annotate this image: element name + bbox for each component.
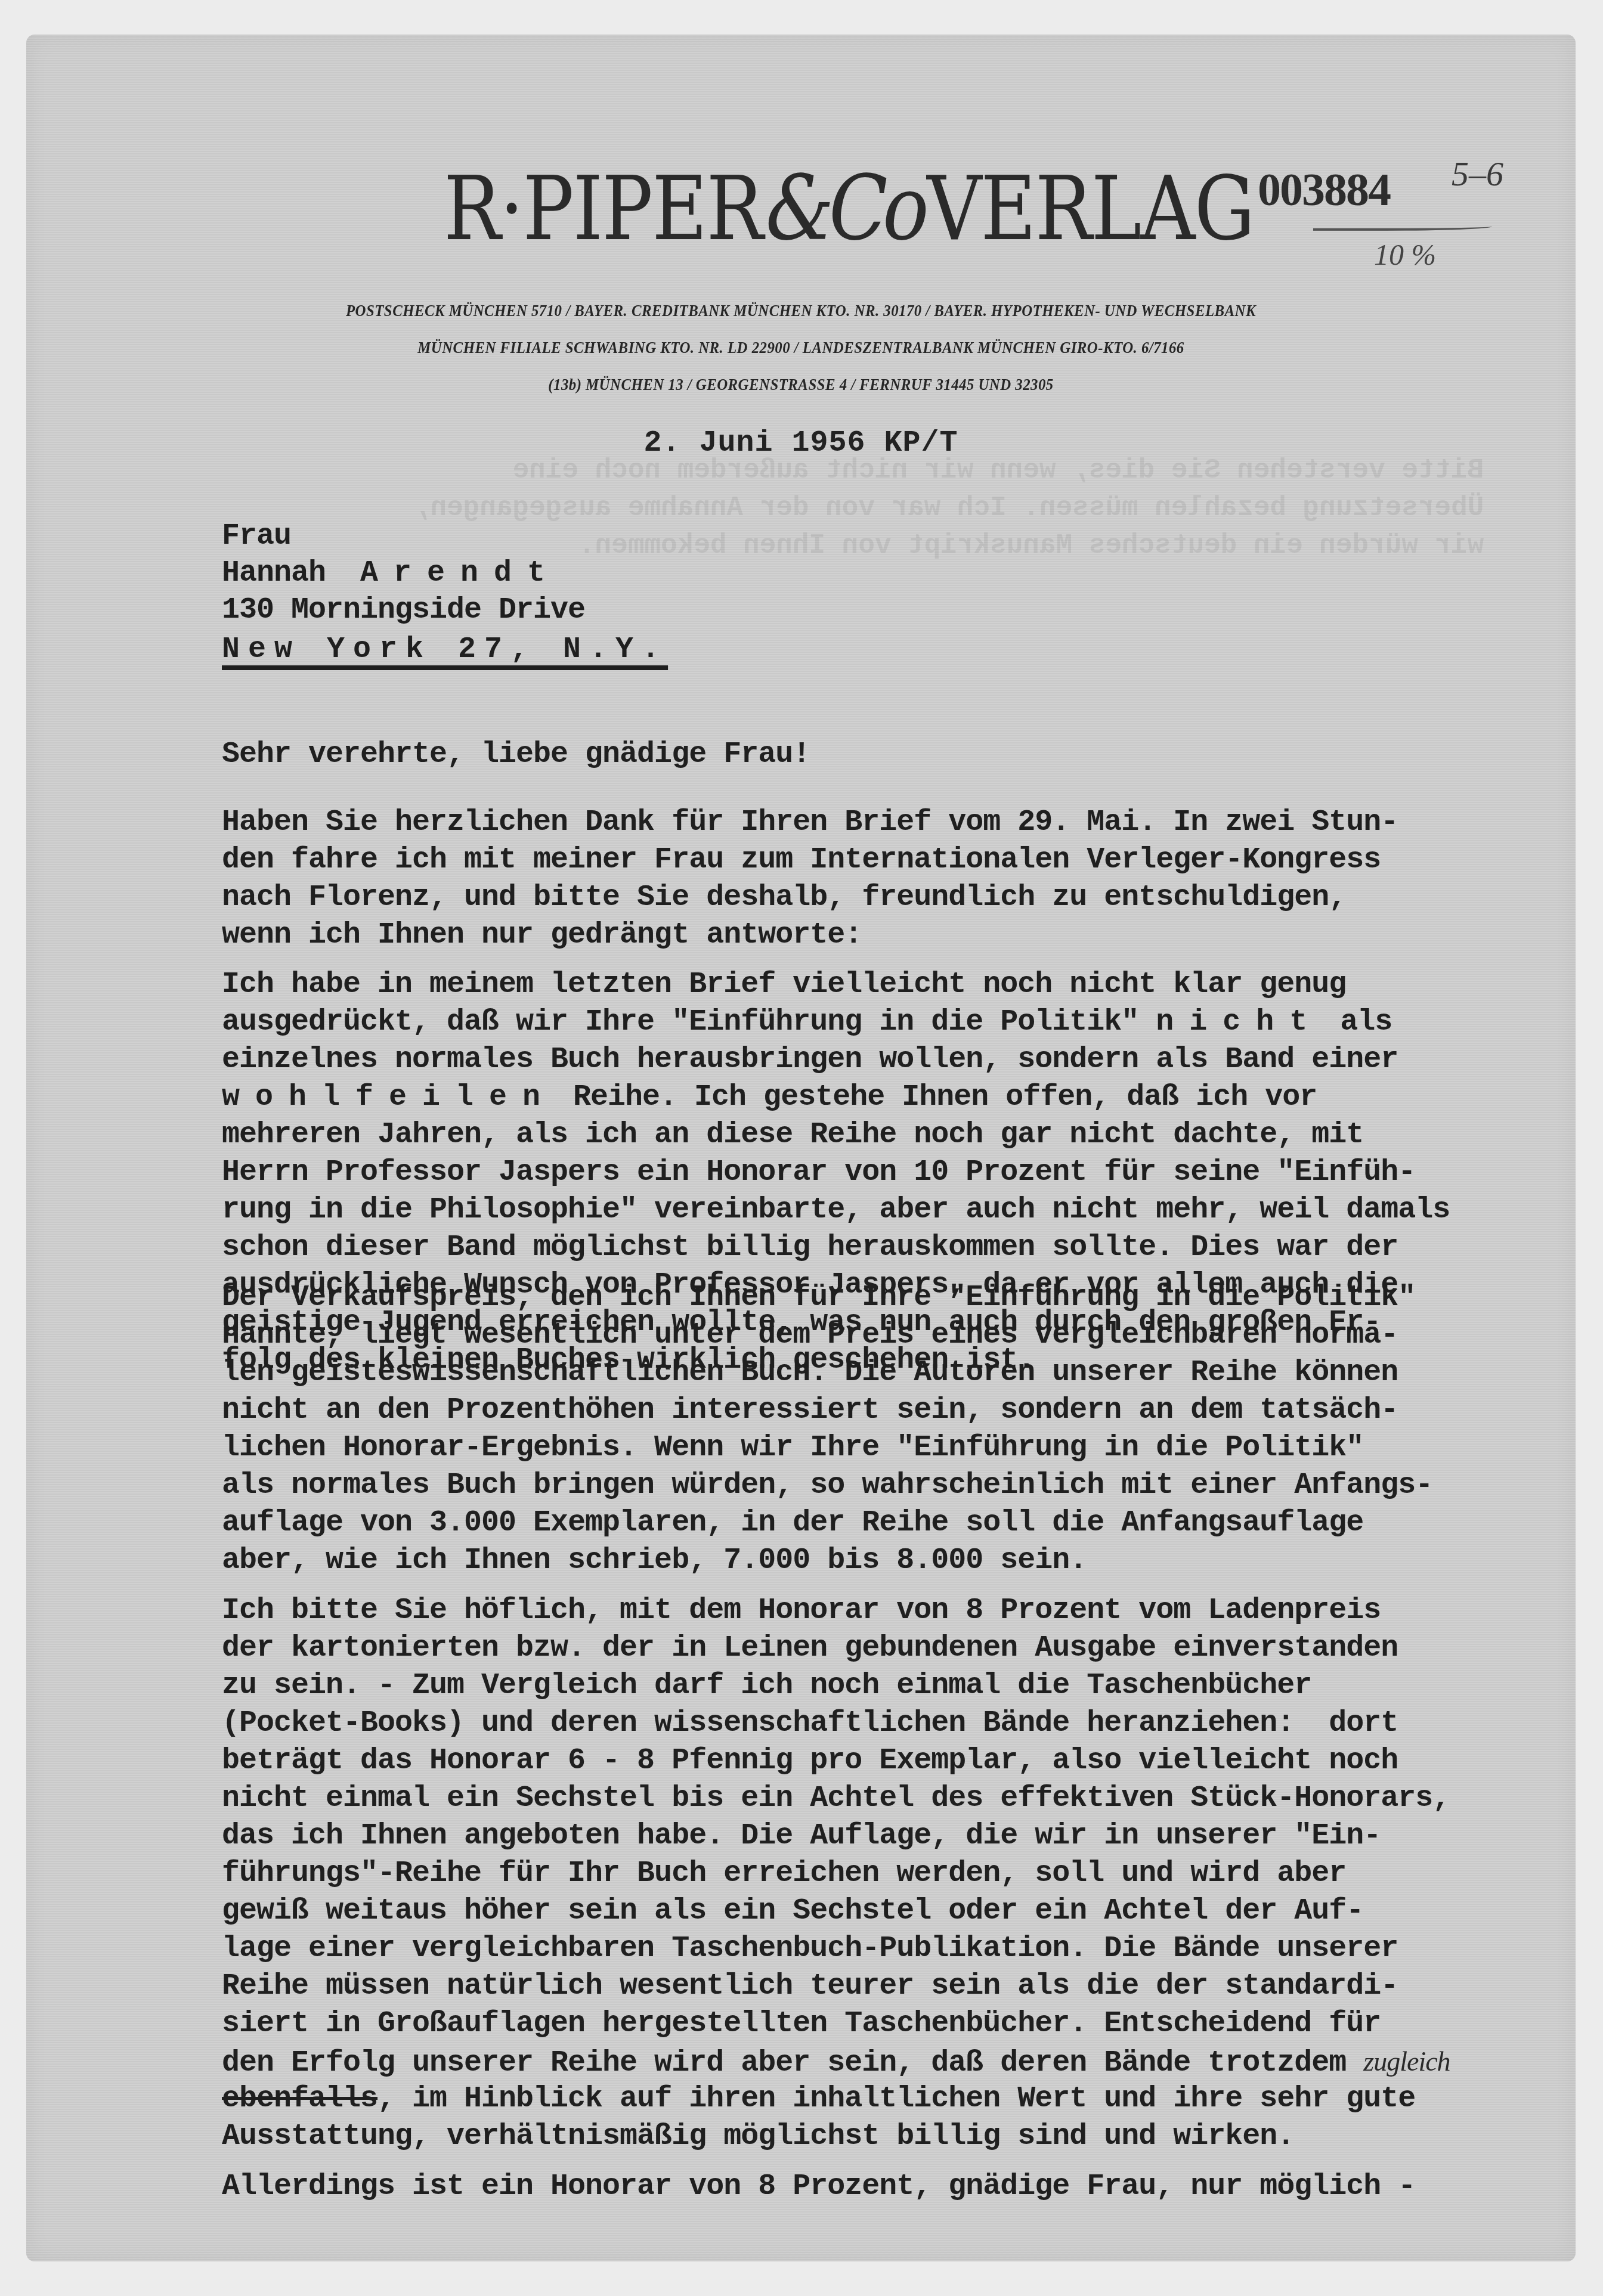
text-line: lichen Honorar-Ergebnis. Wenn wir Ihre "…	[222, 1429, 1363, 1467]
text-line: Der Verkaufspreis, den ich Ihnen für Ihr…	[222, 1279, 1415, 1316]
text-line: siert in Großauflagen hergestellten Tasc…	[222, 2005, 1381, 2043]
text-line: auflage von 3.000 Exemplaren, in der Rei…	[222, 1504, 1363, 1542]
text-line: führungs"-Reihe für Ihr Buch erreichen w…	[222, 1855, 1346, 1892]
recipient-last-name: Arendt	[360, 556, 561, 590]
spaced-emphasis-nicht: nicht	[1156, 1005, 1323, 1039]
text-line: das ich Ihnen angeboten habe. Die Auflag…	[222, 1817, 1381, 1855]
recipient-city: New York 27, N.Y.	[222, 631, 668, 668]
text-line: den fahre ich mit meiner Frau zum Intern…	[222, 841, 1381, 879]
text-line: nicht an den Prozenthöhen interessiert s…	[222, 1392, 1398, 1429]
text-line: Herrn Professor Jaspers ein Honorar von …	[222, 1154, 1415, 1191]
logo-ampersand: &Co	[766, 157, 924, 261]
text-line: als normales Buch bringen würden, so wah…	[222, 1467, 1432, 1504]
text-line: einzelnes normales Buch herausbringen wo…	[222, 1041, 1398, 1079]
text-line: Ausstattung, verhältnismäßig möglichst b…	[222, 2118, 1294, 2155]
spaced-emphasis-wohlfeilen: wohlfeilen	[222, 1080, 556, 1114]
greeting: Sehr verehrte, liebe gnädige Frau!	[222, 736, 810, 773]
address-phone-line: (13b) MÜNCHEN 13 / GEORGENSTRASSE 4 / FE…	[88, 376, 1514, 394]
text-line: zu sein. - Zum Vergleich darf ich noch e…	[222, 1667, 1311, 1705]
text-line: Allerdings ist ein Honorar von 8 Prozent…	[222, 2168, 1415, 2205]
handwritten-insert: zugleich	[1363, 2046, 1450, 2077]
recipient-name: Hannah Arendt	[222, 554, 561, 592]
logo-left: R·PIPER	[444, 157, 763, 260]
text-line: Haben Sie herzlichen Dank für Ihren Brie…	[222, 804, 1398, 841]
recipient-street: 130 Morningside Drive	[222, 591, 585, 629]
letter-date-reference: 2. Juni 1956 KP/T	[26, 426, 1576, 460]
recipient-first-name: Hannah	[222, 556, 326, 590]
letter-page: Bitte verstehen Sie dies, wenn wir nicht…	[26, 35, 1576, 2261]
text-line: ausgedrückt, daß wir Ihre "Einführung in…	[222, 1003, 1392, 1041]
text-line: Ich bitte Sie höflich, mit dem Honorar v…	[222, 1592, 1381, 1629]
archive-underline-stroke	[1313, 224, 1492, 231]
text-line: wenn ich Ihnen nur gedrängt antworte:	[222, 916, 862, 954]
struck-out-word: ebenfalls	[222, 2082, 377, 2116]
text-line: gewiß weitaus höher sein als ein Sechste…	[222, 1892, 1363, 1930]
text-segment: als	[1323, 1005, 1392, 1039]
text-segment: den Erfolg unserer Reihe wird aber sein,…	[222, 2046, 1363, 2080]
text-line: beträgt das Honorar 6 - 8 Pfennig pro Ex…	[222, 1742, 1398, 1780]
text-line: den Erfolg unserer Reihe wird aber sein,…	[222, 2043, 1450, 2082]
text-line: Ich habe in meinem letzten Brief viellei…	[222, 966, 1346, 1003]
text-segment: ausgedrückt, daß wir Ihre "Einführung in…	[222, 1005, 1156, 1039]
text-line: der kartonierten bzw. der in Leinen gebu…	[222, 1629, 1398, 1667]
archive-number-stamp: 003884	[1258, 163, 1390, 216]
publisher-logo: R·PIPER&CoVERLAG	[444, 157, 1254, 261]
text-line: lage einer vergleichbaren Taschenbuch-Pu…	[222, 1930, 1398, 1967]
text-line: rung in die Philosophie" vereinbarte, ab…	[222, 1191, 1450, 1229]
text-line: ebenfalls, im Hinblick auf ihren inhaltl…	[222, 2080, 1415, 2118]
text-line: nicht einmal ein Sechstel bis ein Achtel…	[222, 1780, 1450, 1817]
text-line: wohlfeilen Reihe. Ich gestehe Ihnen offe…	[222, 1079, 1317, 1116]
bank-details-line-2: MÜNCHEN FILIALE SCHWABING KTO. NR. LD 22…	[88, 339, 1514, 357]
text-line: (Pocket-Books) und deren wissenschaftlic…	[222, 1705, 1398, 1742]
text-line: schon dieser Band möglichst billig herau…	[222, 1229, 1398, 1266]
text-line: len geisteswissenschaftlichen Buch. Die …	[222, 1354, 1398, 1392]
handwritten-percent-note: 10 %	[1374, 237, 1436, 272]
bleed-through-text: Bitte verstehen Sie dies, wenn wir nicht…	[414, 452, 1484, 565]
text-segment: Reihe. Ich gestehe Ihnen offen, daß ich …	[556, 1080, 1317, 1114]
recipient-title: Frau	[222, 518, 291, 555]
text-line: mehreren Jahren, als ich an diese Reihe …	[222, 1116, 1363, 1154]
archive-number-suffix: 5–6	[1452, 154, 1503, 194]
bank-details-line-1: POSTSCHECK MÜNCHEN 5710 / BAYER. CREDITB…	[88, 302, 1514, 320]
text-segment: , im Hinblick auf ihren inhaltlichen Wer…	[377, 2082, 1415, 2116]
text-line: nach Florenz, und bitte Sie deshalb, fre…	[222, 879, 1346, 916]
text-line: aber, wie ich Ihnen schrieb, 7.000 bis 8…	[222, 1542, 1087, 1579]
text-line: Reihe müssen natürlich wesentlich teurer…	[222, 1967, 1398, 2005]
logo-right: VERLAG	[927, 157, 1254, 260]
text-line: nannte, liegt wesentlich unter dem Preis…	[222, 1316, 1398, 1354]
